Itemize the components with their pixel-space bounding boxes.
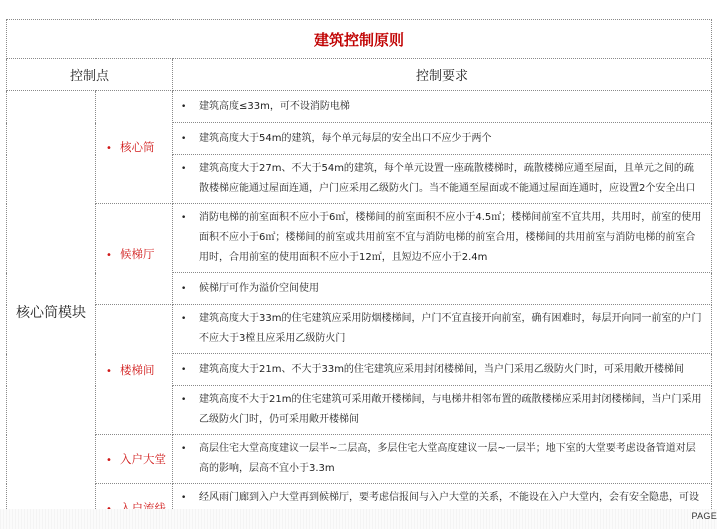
- bullet-icon: •: [106, 143, 120, 154]
- control-point-label: 楼梯间: [120, 363, 155, 377]
- table-row: •入户大堂 •高层住宅大堂高度建议一层半~二层高，多层住宅大堂高度建议一层~一层…: [7, 435, 712, 484]
- requirement-cell: •建筑高度大于21m、不大于33m的住宅建筑应采用封闭楼梯间，当户门采用乙级防火…: [173, 354, 712, 386]
- control-principles-table: 建筑控制原则 控制点 控制要求 核心筒模块 •核心筒 •建筑高度≤33m，可不设…: [6, 19, 712, 529]
- requirement-text: 建筑高度大于21m、不大于33m的住宅建筑应采用封闭楼梯间，当户门采用乙级防火门…: [199, 360, 703, 380]
- bullet-icon: •: [181, 360, 199, 380]
- control-point-label: 入户大堂: [120, 452, 166, 466]
- bullet-icon: •: [181, 129, 199, 149]
- requirement-text: 高层住宅大堂高度建议一层半~二层高，多层住宅大堂高度建议一层~一层半；地下室的大…: [199, 439, 703, 479]
- control-point-label: 核心筒: [120, 140, 155, 154]
- header-control-point: 控制点: [7, 59, 173, 91]
- requirement-text: 建筑高度不大于21m的住宅建筑可采用敞开楼梯间，与电梯井相邻布置的疏散楼梯应采用…: [199, 390, 703, 430]
- table-row: •候梯厅 •消防电梯的前室面积不应小于6㎡，楼梯间的前室面积不应小于4.5㎡；楼…: [7, 204, 712, 273]
- requirement-cell: •建筑高度大于54m的建筑，每个单元每层的安全出口不应少于两个: [173, 123, 712, 155]
- bullet-icon: •: [181, 439, 199, 479]
- table-row: 核心筒模块 •核心筒 •建筑高度≤33m，可不设消防电梯: [7, 91, 712, 123]
- bullet-icon: •: [181, 309, 199, 349]
- control-point-entrance-lobby: •入户大堂: [96, 435, 173, 484]
- bullet-icon: •: [106, 250, 120, 261]
- bullet-icon: •: [181, 208, 199, 268]
- requirement-text: 消防电梯的前室面积不应小于6㎡，楼梯间的前室面积不应小于4.5㎡；楼梯间前室不宜…: [199, 208, 703, 268]
- requirement-cell: •建筑高度大于33m的住宅建筑应采用防烟楼梯间，户门不宜直接开向前室，确有困难时…: [173, 305, 712, 354]
- requirement-cell: •高层住宅大堂高度建议一层半~二层高，多层住宅大堂高度建议一层~一层半；地下室的…: [173, 435, 712, 484]
- requirement-text: 候梯厅可作为溢价空间使用: [199, 279, 703, 299]
- page-label: PAGE: [691, 511, 717, 521]
- requirement-text: 建筑高度大于54m的建筑，每个单元每层的安全出口不应少于两个: [199, 129, 703, 149]
- requirement-text: 建筑高度大于33m的住宅建筑应采用防烟楼梯间，户门不宜直接开向前室，确有困难时，…: [199, 309, 703, 349]
- requirement-cell: •候梯厅可作为溢价空间使用: [173, 273, 712, 305]
- module-label: 核心筒模块: [7, 91, 96, 529]
- bullet-icon: •: [106, 455, 120, 466]
- requirement-cell: •建筑高度大于27m、不大于54m的建筑，每个单元设置一座疏散楼梯时，疏散楼梯应…: [173, 155, 712, 204]
- table-title: 建筑控制原则: [7, 20, 712, 59]
- requirement-text: 建筑高度大于27m、不大于54m的建筑，每个单元设置一座疏散楼梯时，疏散楼梯应通…: [199, 159, 703, 199]
- control-point-core: •核心筒: [96, 91, 173, 204]
- requirement-cell: •消防电梯的前室面积不应小于6㎡，楼梯间的前室面积不应小于4.5㎡；楼梯间前室不…: [173, 204, 712, 273]
- table-row: •楼梯间 •建筑高度大于33m的住宅建筑应采用防烟楼梯间，户门不宜直接开向前室，…: [7, 305, 712, 354]
- requirement-cell: •建筑高度不大于21m的住宅建筑可采用敞开楼梯间，与电梯井相邻布置的疏散楼梯应采…: [173, 386, 712, 435]
- footer-band: [0, 509, 717, 529]
- bullet-icon: •: [181, 279, 199, 299]
- bullet-icon: •: [181, 97, 199, 117]
- control-point-elevator-lobby: •候梯厅: [96, 204, 173, 305]
- control-point-stairwell: •楼梯间: [96, 305, 173, 435]
- header-requirements: 控制要求: [173, 59, 712, 91]
- bullet-icon: •: [106, 366, 120, 377]
- requirement-cell: •建筑高度≤33m，可不设消防电梯: [173, 91, 712, 123]
- bullet-icon: •: [181, 159, 199, 199]
- bullet-icon: •: [181, 390, 199, 430]
- control-point-label: 候梯厅: [120, 247, 155, 261]
- requirement-text: 建筑高度≤33m，可不设消防电梯: [199, 97, 703, 117]
